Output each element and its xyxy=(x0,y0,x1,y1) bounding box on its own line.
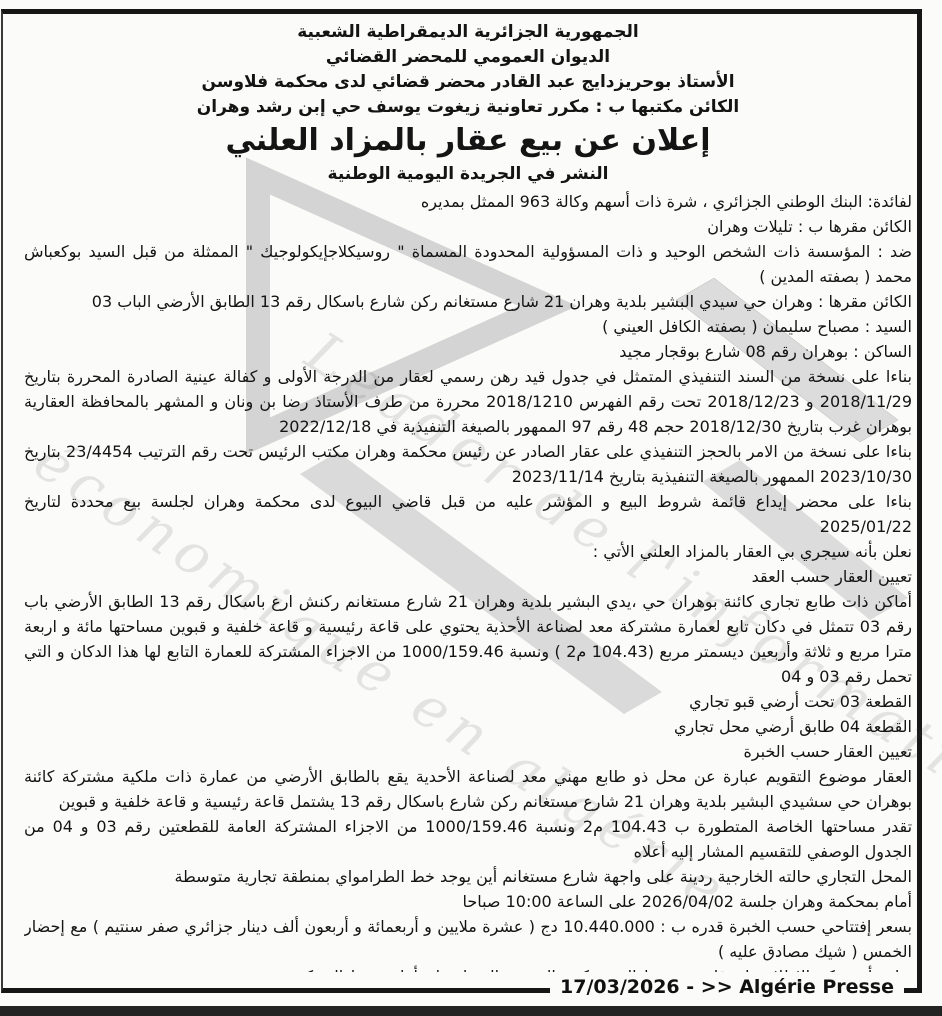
body-paragraph: أمام بمحكمة وهران جلسة 2026/04/02 على ال… xyxy=(24,889,912,914)
body-paragraph: نعلن بأنه سيجري بي العقار بالمزاد العلني… xyxy=(24,539,912,564)
notice-title: إعلان عن بيع عقار بالمزاد العلني xyxy=(24,120,912,162)
body-paragraph: تقدر مساحتها الخاصة المتطورة ب 104.43 م2… xyxy=(24,814,912,864)
press-date-stamp: 17/03/2026 - >> Algérie Presse xyxy=(550,976,904,998)
notice-content: الجمهورية الجزائرية الديمقراطية الشعبية … xyxy=(24,20,912,972)
body-paragraph: العقار موضوع التقويم عبارة عن محل ذو طاب… xyxy=(24,764,912,814)
notice-body: لفائدة: البنك الوطني الجزائري ، شرة ذات … xyxy=(24,189,912,972)
body-paragraph: القطعة 03 تحت أرضي قبو تجاري xyxy=(24,689,912,714)
body-paragraph: السيد : مصباح سليمان ( بصفته الكافل العي… xyxy=(24,314,912,339)
body-paragraph: لفائدة: البنك الوطني الجزائري ، شرة ذات … xyxy=(24,189,912,214)
body-paragraph: المحل التجاري حالته الخارجية ردينة على و… xyxy=(24,864,912,889)
body-paragraph: أماكن ذات طابع تجاري كائنة بوهران حي ،يد… xyxy=(24,589,912,689)
body-paragraph: تعيين العقار حسب العقد xyxy=(24,564,912,589)
body-paragraph: الساكن : بوهران رقم 08 شارع بوقجار مجيد xyxy=(24,339,912,364)
body-paragraph: بناءا على محضر إيداع قائمة شروط البيع و … xyxy=(24,489,912,539)
republic-header: الجمهورية الجزائرية الديمقراطية الشعبية xyxy=(24,20,912,45)
body-paragraph: الكائن مقرها : وهران حي سيدي البشير بلدي… xyxy=(24,289,912,314)
body-paragraph: نعلن بأنه يمكن الإطلاع على قائمة شروط ال… xyxy=(24,964,912,972)
body-paragraph: الكائن مقرها ب : تليلات وهران xyxy=(24,214,912,239)
office-header: الديوان العمومي للمحضر القضائي xyxy=(24,45,912,70)
bailiff-name-header: الأستاذ بوحريزدايج عبد القادر محضر قضائي… xyxy=(24,70,912,95)
office-address-header: الكائن مكتبها ب : مكرر تعاونية زيغوت يوس… xyxy=(24,95,912,120)
body-paragraph: تعيين العقار حسب الخبرة xyxy=(24,739,912,764)
body-paragraph: بناءا على نسخة من السند التنفيذي المتمثل… xyxy=(24,364,912,439)
notice-subtitle: النشر في الجريدة اليومية الوطنية xyxy=(24,162,912,187)
body-paragraph: بسعر إفتتاحي حسب الخبرة قدره ب : 10.440.… xyxy=(24,914,912,964)
body-paragraph: ضد : المؤسسة ذات الشخص الوحيد و ذات المس… xyxy=(24,239,912,289)
next-clipping-edge-line xyxy=(0,1006,942,1016)
body-paragraph: القطعة 04 طابق أرضي محل تجاري xyxy=(24,714,912,739)
body-paragraph: بناءا على نسخة من الامر بالحجز التنفيذي … xyxy=(24,439,912,489)
scanned-auction-notice-page: { "doc": { "header": { "line1": "الجمهور… xyxy=(0,0,942,1016)
